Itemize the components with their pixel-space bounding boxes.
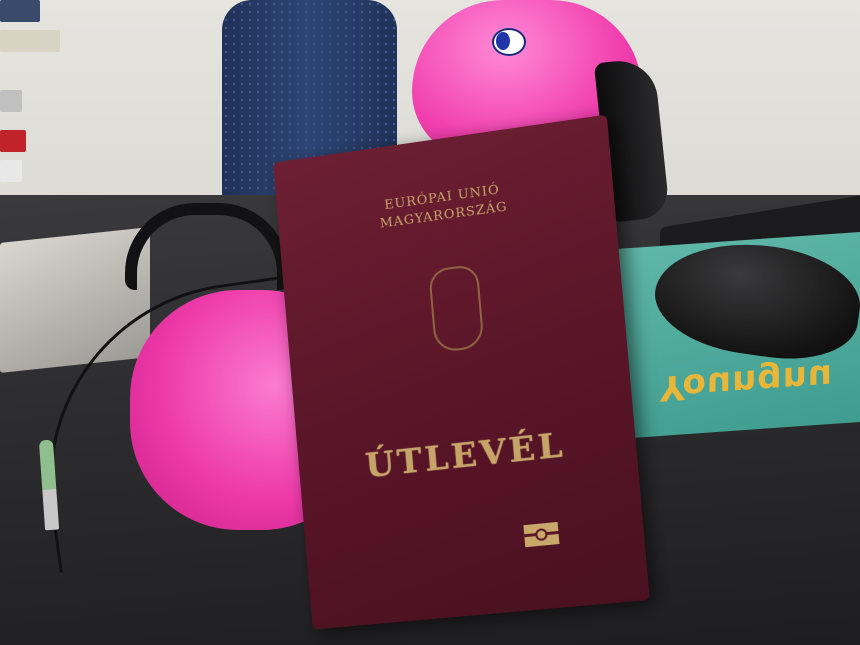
book-stack: [0, 0, 60, 210]
coat-of-arms-icon: [428, 264, 485, 353]
flamingo-eye: [492, 28, 526, 56]
biometric-chip-icon: [523, 522, 559, 547]
mouse-pad-text: Youngnu: [660, 356, 833, 408]
passport: EURÓPAI UNIÓ MAGYARORSZÁG ÚTLEVÉL: [273, 115, 650, 630]
photo-scene: Youngnu EURÓPAI UNIÓ MAGYARORSZÁG ÚTLEVÉ…: [0, 0, 860, 645]
passport-title: ÚTLEVÉL: [298, 417, 637, 493]
headphone-band: [125, 203, 289, 290]
